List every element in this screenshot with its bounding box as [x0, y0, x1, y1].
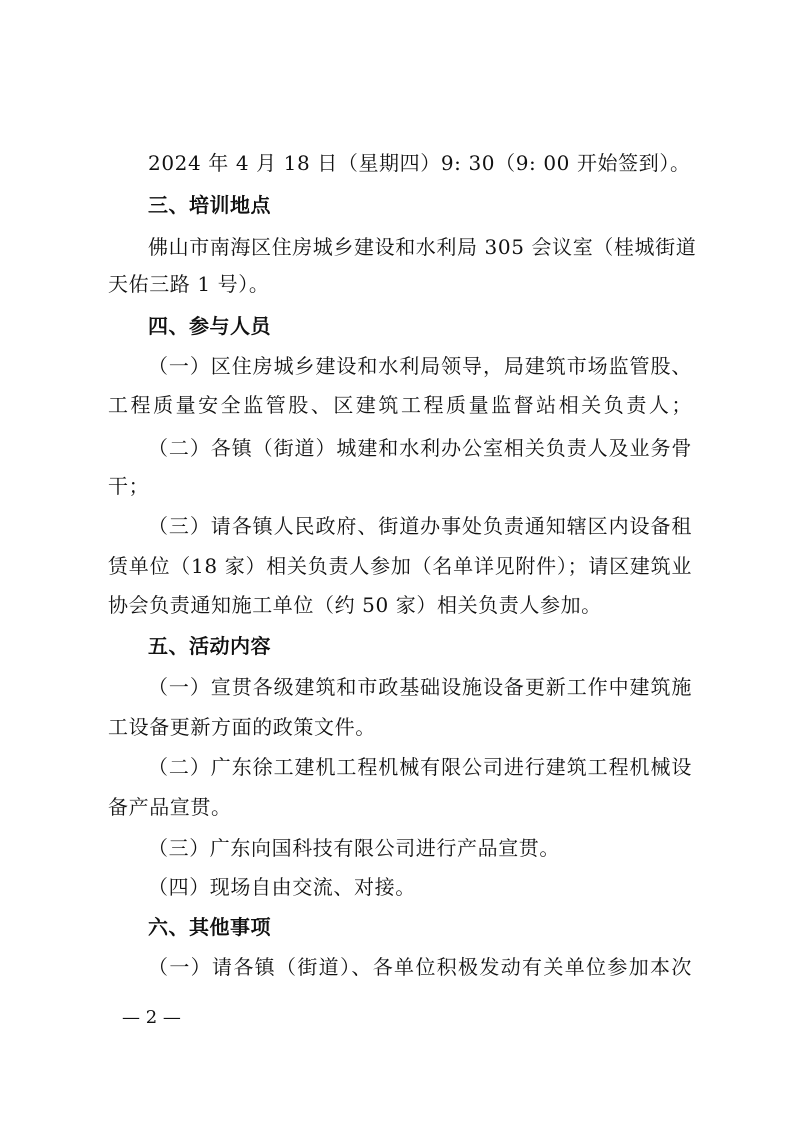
participants-item-1-line-1: （一）区住房城乡建设和水利局领导，局建筑市场监管股、 — [148, 353, 692, 379]
participants-item-3-line-3: 协会负责通知施工单位（约 50 家）相关负责人参加。 — [108, 592, 692, 618]
participants-item-3-line-1: （三）请各镇人民政府、街道办事处负责通知辖区内设备租 — [148, 513, 692, 539]
section-heading-participants: 四、参与人员 — [148, 313, 692, 339]
section-heading-activities: 五、活动内容 — [148, 633, 692, 659]
location-line-1: 佛山市南海区住房城乡建设和水利局 305 会议室（桂城街道 — [148, 234, 692, 260]
participants-item-2-line-2: 干； — [108, 473, 692, 499]
activities-item-3: （三）广东向国科技有限公司进行产品宣贯。 — [148, 835, 692, 861]
activities-item-1-line-2: 工设备更新方面的政策文件。 — [108, 714, 692, 740]
activities-item-2-line-1: （二）广东徐工建机工程机械有限公司进行建筑工程机械设 — [148, 754, 692, 780]
section-heading-location: 三、培训地点 — [148, 192, 692, 218]
page-number: — 2 — — [122, 1006, 181, 1030]
participants-item-2-line-1: （二）各镇（街道）城建和水利办公室相关负责人及业务骨 — [148, 435, 692, 461]
activities-item-1-line-1: （一）宣贯各级建筑和市政基础设施设备更新工作中建筑施 — [148, 674, 692, 700]
other-matters-item-1-line-1: （一）请各镇（街道）、各单位积极发动有关单位参加本次 — [148, 954, 692, 980]
participants-item-3-line-2: 赁单位（18 家）相关负责人参加（名单详见附件）；请区建筑业 — [108, 553, 692, 579]
section-heading-other-matters: 六、其他事项 — [148, 914, 692, 940]
document-page: 2024 年 4 月 18 日（星期四）9: 30（9: 00 开始签到）。 三… — [0, 0, 794, 1123]
location-line-2: 天佑三路 1 号）。 — [108, 271, 692, 297]
schedule-time-line: 2024 年 4 月 18 日（星期四）9: 30（9: 00 开始签到）。 — [148, 150, 692, 176]
participants-item-1-line-2: 工程质量安全监管股、区建筑工程质量监督站相关负责人； — [108, 392, 692, 418]
activities-item-2-line-2: 备产品宣贯。 — [108, 794, 692, 820]
activities-item-4: （四）现场自由交流、对接。 — [148, 874, 692, 900]
